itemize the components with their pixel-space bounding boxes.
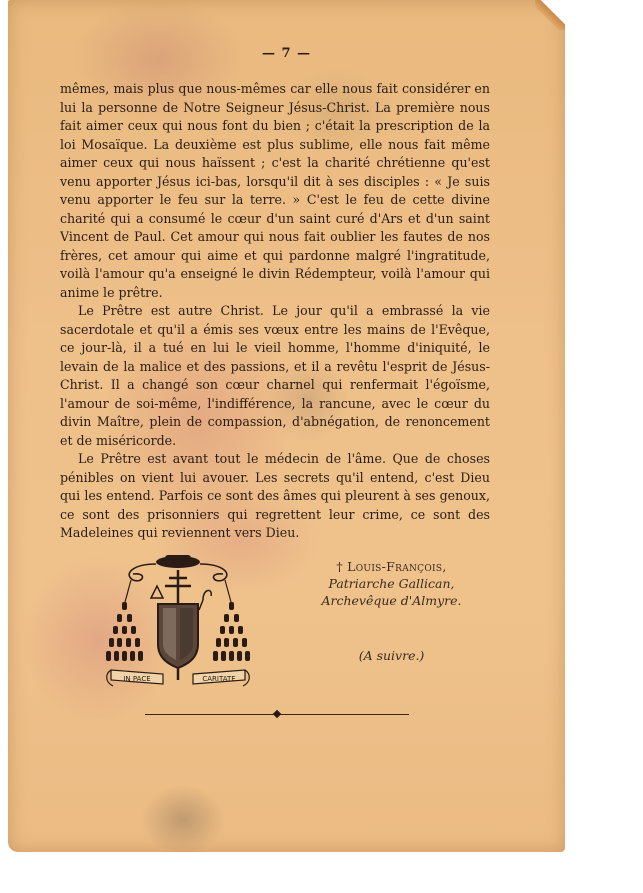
signature-name: † Louis-François, — [304, 558, 479, 575]
folded-corner — [535, 0, 565, 30]
episcopal-coat-of-arms-icon: IN PACE CARITATE — [103, 552, 253, 692]
motto-left: IN PACE — [123, 675, 150, 683]
body-text: mêmes, mais plus que nous-mêmes car elle… — [60, 80, 490, 543]
continuation-note: (A suivre.) — [304, 647, 479, 664]
divider-ornament — [273, 710, 281, 718]
motto-right: CARITATE — [202, 675, 235, 683]
signature-title-1: Patriarche Gallican, — [304, 575, 479, 592]
signature-block: † Louis-François, Patriarche Gallican, A… — [304, 558, 479, 664]
paragraph-3: Le Prêtre est avant tout le médecin de l… — [60, 450, 490, 543]
paragraph-1: mêmes, mais plus que nous-mêmes car elle… — [60, 80, 490, 302]
document-page: — 7 — mêmes, mais plus que nous-mêmes ca… — [8, 0, 565, 852]
paragraph-2: Le Prêtre est autre Christ. Le jour qu'i… — [60, 302, 490, 450]
page-number: — 7 — — [8, 46, 565, 61]
signature-title-2: Archevêque d'Almyre. — [304, 592, 479, 609]
